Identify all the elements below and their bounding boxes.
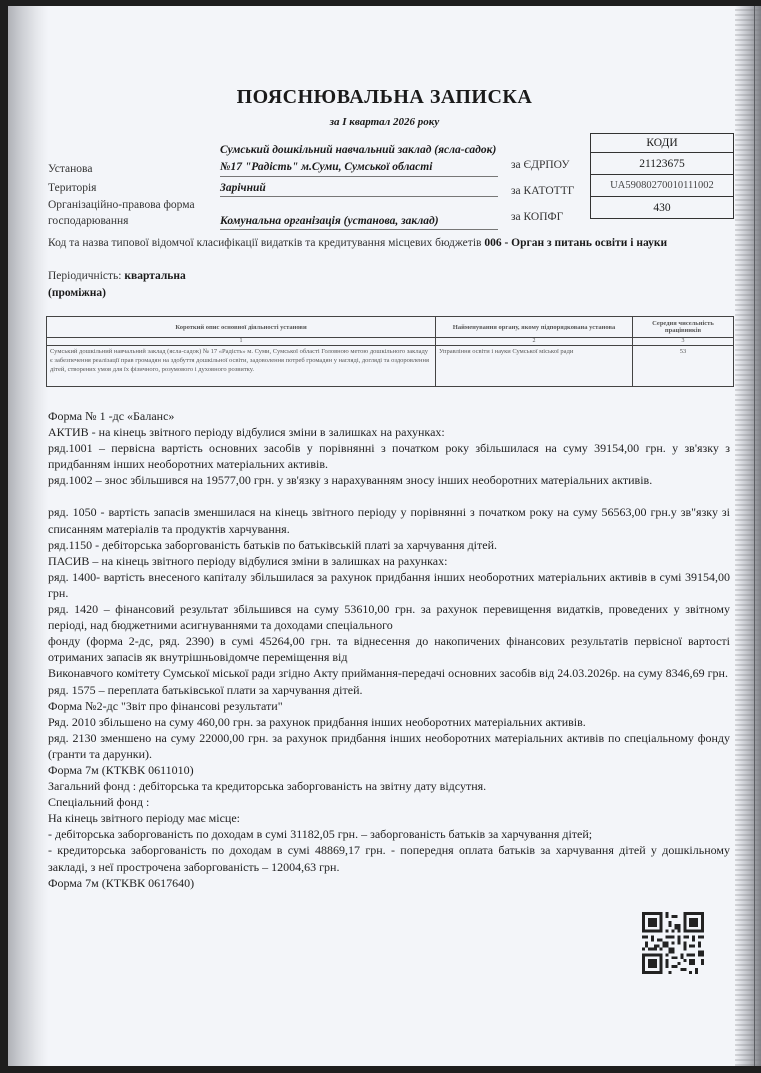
periodicity-label: Періодичність: <box>48 270 121 282</box>
paragraph: ряд.1150 - дебіторська заборгованість ба… <box>48 537 730 553</box>
territory-value: Зарічний <box>220 181 498 197</box>
table-row: Сумський дошкільний навчальний заклад (я… <box>47 346 734 387</box>
paragraph: ряд.1001 – первісна вартість основних за… <box>48 440 730 472</box>
column-number-3: 3 <box>633 338 734 346</box>
column-number-2: 2 <box>436 338 633 346</box>
paragraph: ряд. 1575 – переплата батьківської плати… <box>48 682 730 698</box>
paragraph: Форма № 1 -дс «Баланс» <box>48 408 730 424</box>
explanatory-body: Форма № 1 -дс «Баланс» АКТИВ - на кінець… <box>48 408 730 891</box>
paragraph: ряд. 2130 зменшено на суму 22000,00 грн.… <box>48 730 730 762</box>
institution-value: Сумський дошкільний навчальний заклад (я… <box>220 142 498 177</box>
territory-label: Територія <box>48 182 96 194</box>
activity-staff-count: 53 <box>633 346 734 387</box>
code-label-katottg: за КАТОТТГ <box>511 185 574 197</box>
classification: Код та назва типової відомчої класифікац… <box>48 235 728 252</box>
periodicity: Періодичність: квартальна (проміжна) <box>48 268 248 302</box>
code-value-edrpou: 21123675 <box>591 153 734 175</box>
paragraph: фонду (форма 2-дс, ряд. 2390) в сумі 452… <box>48 633 730 665</box>
code-value-kopfg: 430 <box>591 197 734 219</box>
paragraph: На кінець звітного періоду має місце: <box>48 810 730 826</box>
scan-edge-right <box>735 6 761 1066</box>
paragraph-gap <box>48 488 730 504</box>
activity-table: Короткий опис основної діяльності устано… <box>46 316 734 387</box>
paragraph: Форма 7м (КТКВК 0611010) <box>48 762 730 778</box>
org-form-label-1: Організаційно-правова форма <box>48 199 195 211</box>
paragraph: АКТИВ - на кінець звітного періоду відбу… <box>48 424 730 440</box>
paragraph: Форма 7м (КТКВК 0617640) <box>48 875 730 891</box>
codes-table: КОДИ 21123675 UA59080270010111002 430 <box>590 133 734 219</box>
org-form-label-2: господарювання <box>48 215 128 227</box>
codes-header: КОДИ <box>591 134 734 153</box>
paragraph: ПАСИВ – на кінець звітного періоду відбу… <box>48 553 730 569</box>
activity-authority: Управління освіти і науки Сумської міськ… <box>436 346 633 387</box>
classification-value: 006 - Орган з питань освіти і науки <box>484 237 667 249</box>
paragraph: Спеціальний фонд : <box>48 794 730 810</box>
paragraph: ряд. 1420 – фінансовий результат збільши… <box>48 601 730 633</box>
page-subtitle: за I квартал 2026 року <box>8 116 761 128</box>
classification-label: Код та назва типової відомчої класифікац… <box>48 237 481 249</box>
paragraph: Виконавчого комітету Сумської міської ра… <box>48 665 730 681</box>
code-value-katottg: UA59080270010111002 <box>591 175 734 197</box>
paragraph: ряд. 1050 - вартість запасів зменшилася … <box>48 504 730 536</box>
document-page: ПОЯСНЮВАЛЬНА ЗАПИСКА за I квартал 2026 р… <box>8 6 761 1066</box>
column-header-description: Короткий опис основної діяльності устано… <box>47 317 436 338</box>
paragraph: Загальний фонд : дебіторська та кредитор… <box>48 778 730 794</box>
paragraph: Ряд. 2010 збільшено на суму 460,00 грн. … <box>48 714 730 730</box>
paragraph: - кредиторська заборгованість по доходам… <box>48 842 730 874</box>
periodicity-value: квартальна <box>124 270 185 282</box>
column-header-staff: Середня чисельність працівників <box>633 317 734 338</box>
column-header-authority: Найменування органу, якому підпорядкован… <box>436 317 633 338</box>
code-label-edrpou: за ЄДРПОУ <box>511 159 569 171</box>
paragraph: - дебіторська заборгованість по доходам … <box>48 826 730 842</box>
institution-label: Установа <box>48 163 92 175</box>
page-title: ПОЯСНЮВАЛЬНА ЗАПИСКА <box>8 86 761 109</box>
paragraph: ряд.1002 – знос збільшився на 19577,00 г… <box>48 472 730 488</box>
column-number-1: 1 <box>47 338 436 346</box>
activity-description: Сумський дошкільний навчальний заклад (я… <box>47 346 436 387</box>
paragraph: ряд. 1400- вартість внесеного капіталу з… <box>48 569 730 601</box>
paragraph: Форма №2-дс "Звіт про фінансові результа… <box>48 698 730 714</box>
org-form-value: Комунальна організація (установа, заклад… <box>220 214 498 230</box>
code-label-kopfg: за КОПФГ <box>511 211 563 223</box>
periodicity-note: (проміжна) <box>48 287 106 299</box>
qr-code-icon <box>642 912 704 974</box>
scan-edge-left <box>8 6 48 1066</box>
